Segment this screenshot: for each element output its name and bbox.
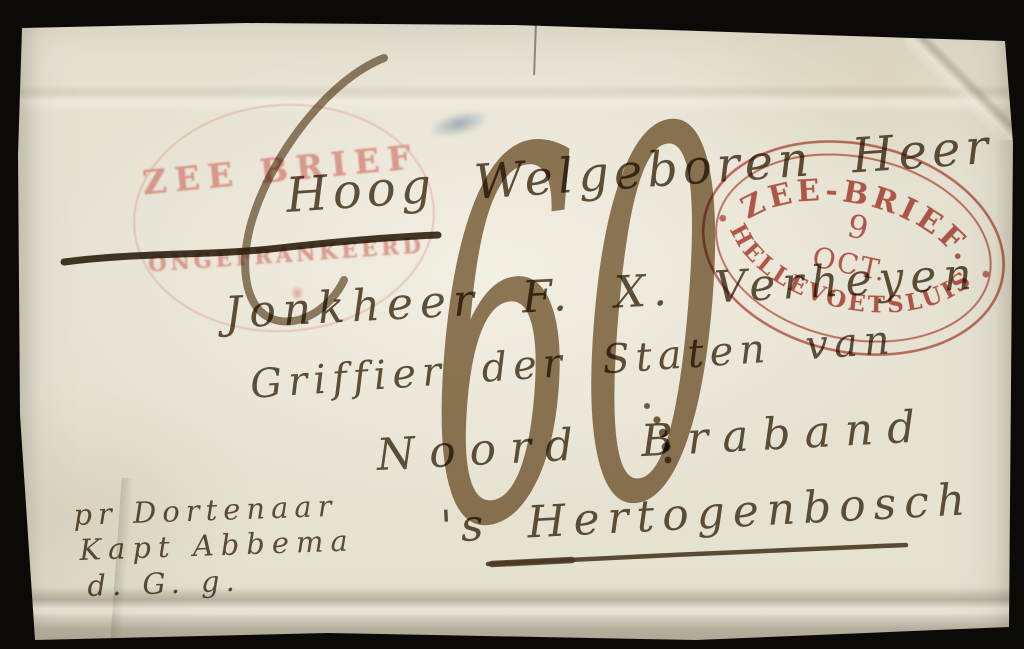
letter-paper: ZEE BRIEF ONGEFRANKEERD ZEE-BRIEF. HELLE…: [0, 0, 1024, 649]
letter-photo: ZEE BRIEF ONGEFRANKEERD ZEE-BRIEF. HELLE…: [0, 0, 1024, 649]
crossed-out-rate-marking: [245, 58, 384, 322]
ink-strokes-overlay: [0, 0, 1024, 649]
address-underline-thick-start: [492, 560, 572, 564]
ink-spatter-dots: [644, 403, 671, 463]
